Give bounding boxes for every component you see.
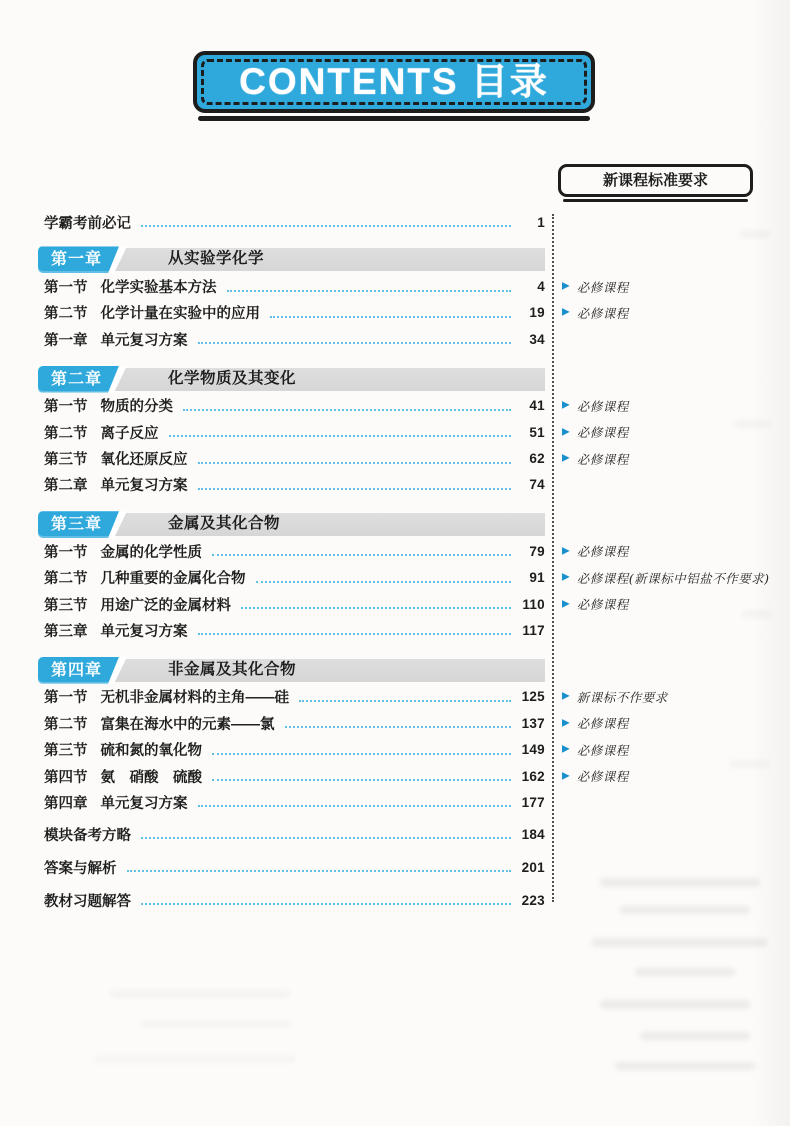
section-main: 第二节 富集在海水中的元素——氯 137: [44, 713, 545, 734]
page-number: 162: [518, 769, 545, 784]
section-label: 第二节: [44, 713, 88, 734]
contents-banner: CONTENTS 目录: [193, 51, 595, 113]
section-main: 第四节 氨 硝酸 硫酸 162: [44, 766, 545, 787]
dotted-leader: [141, 225, 511, 227]
note-text: 必修课程: [577, 542, 629, 560]
toc-entry-main: 答案与解析 201: [44, 857, 545, 878]
table-of-contents: 学霸考前必记 1 第一章 从实验学化学 第一节 化学实验基本方法 4 ▶ 必修课…: [44, 209, 750, 917]
section-label: 第四节: [44, 766, 88, 787]
curriculum-note: ▶ 必修课程: [562, 595, 629, 613]
page-number: 19: [518, 305, 545, 320]
note-arrow-icon: ▶: [562, 281, 570, 292]
curriculum-note: ▶ 必修课程: [562, 714, 629, 732]
section-label: 第二节: [44, 302, 88, 323]
scanned-toc-page: CONTENTS 目录 新课程标准要求 学霸考前必记 1 第一章 从实验学化学 …: [0, 0, 790, 1126]
chapter-badge-label: 第四章: [38, 657, 119, 684]
section-main: 第四章 单元复习方案 177: [44, 792, 545, 813]
section-label: 第二节: [44, 567, 88, 588]
section-title: 化学实验基本方法: [101, 276, 217, 297]
dotted-leader: [127, 870, 512, 872]
scan-artifact: [635, 968, 735, 976]
note-text: 必修课程: [577, 595, 629, 613]
section-label: 第一节: [44, 541, 88, 562]
dotted-leader: [212, 779, 511, 781]
section-title: 富集在海水中的元素——氯: [101, 713, 275, 734]
section-title: 用途广泛的金属材料: [101, 594, 232, 615]
scan-edge-shadow: [752, 0, 790, 1126]
contents-banner-title: CONTENTS 目录: [197, 55, 591, 109]
curriculum-note: ▶ 必修课程: [562, 397, 629, 415]
section-label: 第三节: [44, 594, 88, 615]
section-title: 氨 硝酸 硫酸: [101, 766, 203, 787]
page-number: 149: [518, 742, 545, 757]
curriculum-note: ▶ 必修课程: [562, 304, 629, 322]
section-row: 第一章 单元复习方案 34: [44, 326, 750, 352]
curriculum-standard-box: 新课程标准要求: [558, 164, 753, 197]
section-row: 第四章 单元复习方案 177: [44, 789, 750, 815]
note-arrow-icon: ▶: [562, 307, 570, 318]
section-label: 第三节: [44, 739, 88, 760]
chapter-badge: 第二章: [38, 366, 127, 393]
page-number: 223: [518, 893, 545, 908]
dotted-leader: [270, 316, 511, 318]
page-number: 34: [518, 332, 545, 347]
section-title: 氧化还原反应: [101, 448, 188, 469]
section-main: 第二节 化学计量在实验中的应用 19: [44, 302, 545, 323]
chapter-header: 第一章 从实验学化学: [38, 246, 750, 273]
section-row: 第一节 无机非金属材料的主角——硅 125 ▶ 新课标不作要求: [44, 684, 750, 710]
entry-label: 答案与解析: [44, 857, 117, 878]
dotted-leader: [285, 726, 512, 728]
section-label: 第一节: [44, 395, 88, 416]
section-label: 第一章: [44, 329, 88, 350]
note-arrow-icon: ▶: [562, 770, 570, 781]
chapter-badge: 第一章: [38, 246, 127, 273]
curriculum-note: ▶ 必修课程: [562, 423, 629, 441]
section-main: 第三节 硫和氮的氧化物 149: [44, 739, 545, 760]
page-number: 177: [518, 795, 545, 810]
note-arrow-icon: ▶: [562, 717, 570, 728]
page-number: 4: [518, 279, 545, 294]
section-title: 单元复习方案: [101, 620, 188, 641]
chapter-header: 第三章 金属及其化合物: [38, 511, 750, 538]
section-main: 第三节 用途广泛的金属材料 110: [44, 594, 545, 615]
entry-label: 模块备考方略: [44, 824, 131, 845]
note-text: 必修课程: [577, 767, 629, 785]
section-label: 第二章: [44, 474, 88, 495]
page-number: 110: [518, 597, 545, 612]
chapter-badge: 第四章: [38, 657, 127, 684]
section-row: 第二节 离子反应 51 ▶ 必修课程: [44, 419, 750, 445]
chapter-title: 化学物质及其变化: [168, 366, 296, 392]
chapter-badge-label: 第一章: [38, 246, 119, 273]
toc-entry-row: 学霸考前必记 1: [44, 209, 750, 235]
section-row: 第二节 几种重要的金属化合物 91 ▶ 必修课程(新课标中铝盐不作要求): [44, 565, 750, 591]
section-row: 第一节 化学实验基本方法 4 ▶ 必修课程: [44, 273, 750, 299]
section-main: 第二章 单元复习方案 74: [44, 474, 545, 495]
scan-artifact: [600, 878, 760, 887]
section-label: 第四章: [44, 792, 88, 813]
dotted-leader: [141, 903, 511, 905]
chapter-badge: 第三章: [38, 511, 127, 538]
note-text: 必修课程: [577, 397, 629, 415]
curriculum-note: ▶ 必修课程: [562, 450, 629, 468]
scan-artifact: [140, 1020, 290, 1028]
dotted-leader: [299, 700, 511, 702]
section-main: 第二节 离子反应 51: [44, 422, 545, 443]
dotted-leader: [198, 488, 512, 490]
page-number: 1: [518, 215, 545, 230]
section-row: 第一节 物质的分类 41 ▶ 必修课程: [44, 393, 750, 419]
dotted-leader: [198, 462, 512, 464]
scan-artifact: [110, 990, 290, 998]
scan-artifact: [615, 1062, 755, 1070]
section-row: 第一节 金属的化学性质 79 ▶ 必修课程: [44, 538, 750, 564]
page-number: 41: [518, 398, 545, 413]
dotted-leader: [169, 435, 512, 437]
section-row: 第二节 富集在海水中的元素——氯 137 ▶ 必修课程: [44, 710, 750, 736]
dotted-leader: [241, 607, 511, 609]
section-title: 物质的分类: [101, 395, 174, 416]
note-arrow-icon: ▶: [562, 453, 570, 464]
toc-entry-row: 模块备考方略 184: [44, 818, 750, 851]
note-arrow-icon: ▶: [562, 400, 570, 411]
curriculum-note: ▶ 必修课程: [562, 767, 629, 785]
chapter-badge-label: 第三章: [38, 511, 119, 538]
note-text: 必修课程: [577, 423, 629, 441]
scan-artifact: [620, 906, 750, 914]
section-label: 第二节: [44, 422, 88, 443]
note-arrow-icon: ▶: [562, 572, 570, 583]
section-main: 第一节 化学实验基本方法 4: [44, 276, 545, 297]
scan-artifact: [95, 1055, 295, 1063]
note-text: 必修课程: [577, 278, 629, 296]
page-number: 137: [518, 716, 545, 731]
scan-artifact: [600, 1000, 750, 1009]
section-title: 单元复习方案: [101, 792, 188, 813]
section-main: 第一章 单元复习方案 34: [44, 329, 545, 350]
dotted-leader: [212, 554, 511, 556]
section-main: 第一节 无机非金属材料的主角——硅 125: [44, 686, 545, 707]
note-text: 必修课程: [577, 714, 629, 732]
page-number: 91: [518, 570, 545, 585]
chapter-header: 第四章 非金属及其化合物: [38, 657, 750, 684]
section-label: 第三章: [44, 620, 88, 641]
page-number: 74: [518, 477, 545, 492]
dotted-leader: [183, 409, 511, 411]
note-arrow-icon: ▶: [562, 691, 570, 702]
chapter-header: 第二章 化学物质及其变化: [38, 366, 750, 393]
section-main: 第三节 氧化还原反应 62: [44, 448, 545, 469]
section-row: 第四节 氨 硝酸 硫酸 162 ▶ 必修课程: [44, 763, 750, 789]
curriculum-note: ▶ 必修课程: [562, 278, 629, 296]
scan-artifact: [640, 1032, 750, 1040]
chapter-title: 非金属及其化合物: [168, 657, 296, 683]
toc-entry-main: 学霸考前必记 1: [44, 212, 545, 233]
section-title: 单元复习方案: [101, 474, 188, 495]
dotted-leader: [227, 290, 512, 292]
page-number: 117: [518, 623, 545, 638]
scan-artifact: [592, 938, 767, 947]
note-arrow-icon: ▶: [562, 744, 570, 755]
section-row: 第三章 单元复习方案 117: [44, 617, 750, 643]
page-number: 51: [518, 425, 545, 440]
toc-entry-main: 教材习题解答 223: [44, 890, 545, 911]
dotted-leader: [198, 342, 512, 344]
note-text: 必修课程: [577, 304, 629, 322]
dotted-leader: [141, 837, 511, 839]
chapter-badge-label: 第二章: [38, 366, 119, 393]
section-row: 第二节 化学计量在实验中的应用 19 ▶ 必修课程: [44, 300, 750, 326]
section-label: 第三节: [44, 448, 88, 469]
dotted-leader: [198, 805, 512, 807]
section-main: 第二节 几种重要的金属化合物 91: [44, 567, 545, 588]
section-title: 离子反应: [101, 422, 159, 443]
note-text: 必修课程: [577, 741, 629, 759]
curriculum-note: ▶ 必修课程: [562, 542, 629, 560]
section-label: 第一节: [44, 686, 88, 707]
note-arrow-icon: ▶: [562, 426, 570, 437]
page-number: 184: [518, 827, 545, 842]
section-title: 金属的化学性质: [101, 541, 203, 562]
curriculum-note: ▶ 新课标不作要求: [562, 688, 668, 706]
section-row: 第二章 单元复习方案 74: [44, 472, 750, 498]
section-title: 硫和氮的氧化物: [101, 739, 203, 760]
page-number: 125: [518, 689, 545, 704]
section-main: 第一节 物质的分类 41: [44, 395, 545, 416]
dotted-leader: [256, 581, 512, 583]
section-title: 化学计量在实验中的应用: [101, 302, 261, 323]
section-main: 第三章 单元复习方案 117: [44, 620, 545, 641]
chapter-title: 从实验学化学: [168, 246, 264, 272]
note-text: 新课标不作要求: [577, 688, 668, 706]
note-arrow-icon: ▶: [562, 598, 570, 609]
note-text: 必修课程: [577, 450, 629, 468]
page-number: 62: [518, 451, 545, 466]
curriculum-note: ▶ 必修课程: [562, 741, 629, 759]
dotted-leader: [198, 633, 512, 635]
curriculum-note: ▶ 必修课程(新课标中铝盐不作要求): [562, 569, 769, 587]
section-label: 第一节: [44, 276, 88, 297]
section-row: 第三节 硫和氮的氧化物 149 ▶ 必修课程: [44, 736, 750, 762]
dotted-leader: [212, 753, 511, 755]
section-title: 无机非金属材料的主角——硅: [101, 686, 290, 707]
chapter-title: 金属及其化合物: [168, 511, 280, 537]
section-row: 第三节 用途广泛的金属材料 110 ▶ 必修课程: [44, 591, 750, 617]
page-number: 201: [518, 860, 545, 875]
section-row: 第三节 氧化还原反应 62 ▶ 必修课程: [44, 445, 750, 471]
section-title: 单元复习方案: [101, 329, 188, 350]
entry-label: 学霸考前必记: [44, 212, 131, 233]
curriculum-standard-label: 新课程标准要求: [603, 172, 708, 189]
page-number: 79: [518, 544, 545, 559]
note-text: 必修课程(新课标中铝盐不作要求): [577, 569, 770, 587]
entry-label: 教材习题解答: [44, 890, 131, 911]
toc-entry-main: 模块备考方略 184: [44, 824, 545, 845]
section-main: 第一节 金属的化学性质 79: [44, 541, 545, 562]
section-title: 几种重要的金属化合物: [101, 567, 246, 588]
note-arrow-icon: ▶: [562, 545, 570, 556]
